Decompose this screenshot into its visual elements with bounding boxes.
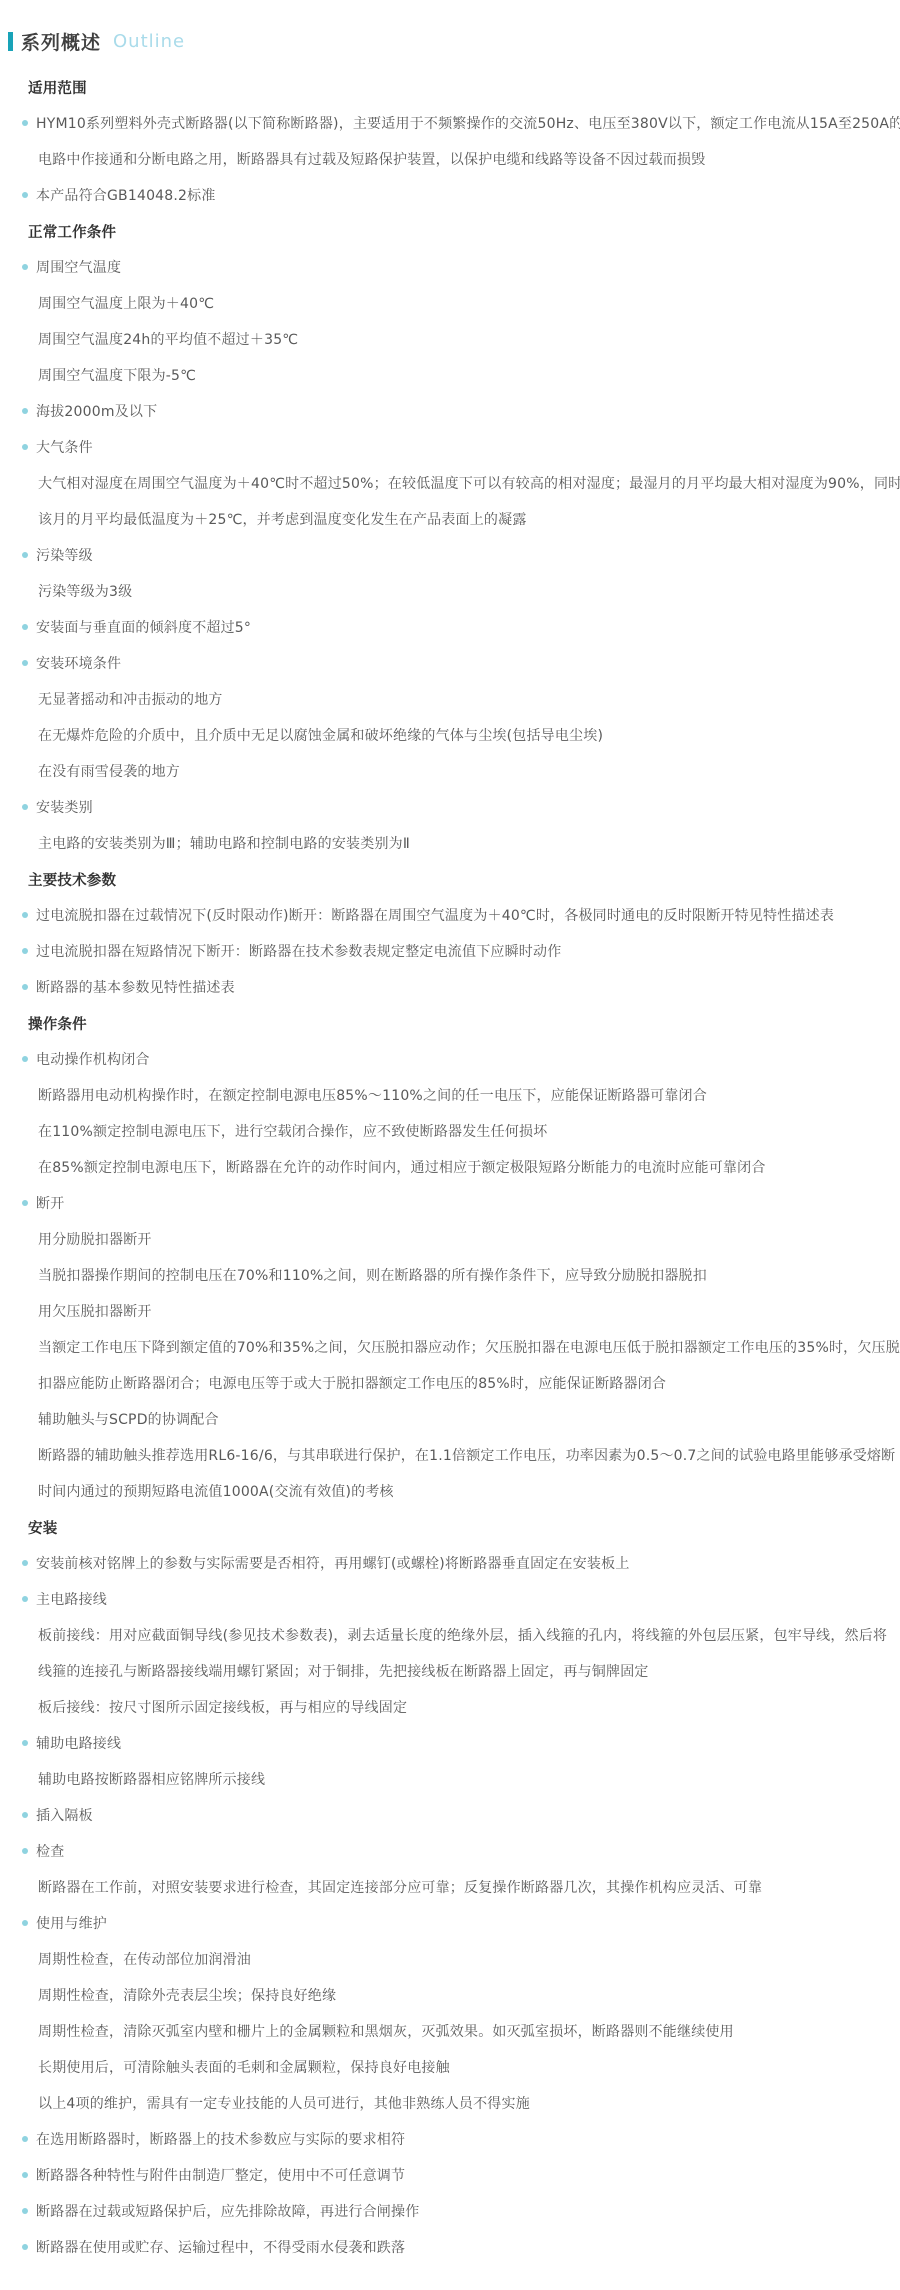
bullet-dot-icon [22, 444, 28, 450]
line-text: 污染等级 [36, 545, 93, 565]
bullet-list-item: 过电流脱扣器在短路情况下断开：断路器在技术参数表规定整定电流值下应瞬时动作 [0, 933, 900, 969]
bullet-list-item: 过电流脱扣器在过载情况下(反时限动作)断开：断路器在周围空气温度为＋40℃时，各… [0, 897, 900, 933]
line-text: 周期性检查，清除灭弧室内壁和栅片上的金属颗粒和黑烟灰，灭弧效果。如灭弧室损坏，断… [38, 2021, 734, 2041]
list-item-line: 断路器用电动机构操作时，在额定控制电源电压85%～110%之间的任一电压下，应能… [0, 1077, 900, 1113]
bullet-dot-icon [22, 948, 28, 954]
list-item-line: 扣器应能防止断路器闭合；电源电压等于或大于脱扣器额定工作电压的85%时，应能保证… [0, 1365, 900, 1401]
line-text: 操作条件 [28, 1013, 87, 1034]
bullet-dot-icon [22, 2172, 28, 2178]
bullet-list-item: HYM10系列塑料外壳式断路器(以下简称断路器)，主要适用于不频繁操作的交流50… [0, 105, 900, 141]
line-text: 断路器的辅助触头推荐选用RL6-16/6，与其串联进行保护，在1.1倍额定工作电… [38, 1445, 895, 1465]
list-item-line: 周围空气温度下限为-5℃ [0, 357, 900, 393]
line-text: 扣器应能防止断路器闭合；电源电压等于或大于脱扣器额定工作电压的85%时，应能保证… [38, 1373, 666, 1393]
bullet-list-item: 周围空气温度 [0, 249, 900, 285]
line-text: 该月的月平均最低温度为＋25℃，并考虑到温度变化发生在产品表面上的凝露 [38, 509, 527, 529]
page-title-en: Outline [113, 31, 185, 52]
line-text: 辅助电路接线 [36, 1733, 121, 1753]
list-item-line: 大气相对湿度在周围空气温度为＋40℃时不超过50%；在较低温度下可以有较高的相对… [0, 465, 900, 501]
list-item-line: 板前接线：用对应截面铜导线(参见技术参数表)，剥去适量长度的绝缘外层，插入线箍的… [0, 1617, 900, 1653]
bullet-dot-icon [22, 1560, 28, 1566]
line-text: 插入隔板 [36, 1805, 93, 1825]
line-text: 适用范围 [28, 77, 87, 98]
bullet-list-item: 安装前核对铭牌上的参数与实际需要是否相符，再用螺钉(或螺栓)将断路器垂直固定在安… [0, 1545, 900, 1581]
page-title: 系列概述 [21, 28, 101, 55]
bullet-dot-icon [22, 1848, 28, 1854]
line-text: 断路器各种特性与附件由制造厂整定，使用中不可任意调节 [36, 2165, 405, 2185]
line-text: 过电流脱扣器在过载情况下(反时限动作)断开：断路器在周围空气温度为＋40℃时，各… [36, 905, 834, 925]
line-text: HYM10系列塑料外壳式断路器(以下简称断路器)，主要适用于不频繁操作的交流50… [36, 113, 900, 133]
bullet-list-item: 在选用断路器时，断路器上的技术参数应与实际的要求相符 [0, 2121, 900, 2157]
list-item-line: 辅助电路按断路器相应铭牌所示接线 [0, 1761, 900, 1797]
bullet-list-item: 大气条件 [0, 429, 900, 465]
line-text: 大气相对湿度在周围空气温度为＋40℃时不超过50%；在较低温度下可以有较高的相对… [38, 473, 900, 493]
list-item-line: 线箍的连接孔与断路器接线端用螺钉紧固；对于铜排，先把接线板在断路器上固定，再与铜… [0, 1653, 900, 1689]
line-text: 正常工作条件 [28, 221, 116, 242]
bullet-list-item: 断路器各种特性与附件由制造厂整定，使用中不可任意调节 [0, 2157, 900, 2193]
bullet-list-item: 本产品符合GB14048.2标准 [0, 177, 900, 213]
bullet-list-item: 污染等级 [0, 537, 900, 573]
line-text: 线箍的连接孔与断路器接线端用螺钉紧固；对于铜排，先把接线板在断路器上固定，再与铜… [38, 1661, 649, 1681]
bullet-dot-icon [22, 2244, 28, 2250]
bullet-list-item: 插入隔板 [0, 1797, 900, 1833]
line-text: 断路器的基本参数见特性描述表 [36, 977, 235, 997]
line-text: 断路器用电动机构操作时，在额定控制电源电压85%～110%之间的任一电压下，应能… [38, 1085, 707, 1105]
list-item-line: 长期使用后，可清除触头表面的毛刺和金属颗粒，保持良好电接触 [0, 2049, 900, 2085]
line-text: 周期性检查，清除外壳表层尘埃；保持良好绝缘 [38, 1985, 336, 2005]
line-text: 长期使用后，可清除触头表面的毛刺和金属颗粒，保持良好电接触 [38, 2057, 450, 2077]
list-item-line: 周围空气温度24h的平均值不超过＋35℃ [0, 321, 900, 357]
bullet-list-item: 安装类别 [0, 789, 900, 825]
bullet-list-item: 安装环境条件 [0, 645, 900, 681]
line-text: 在85%额定控制电源电压下，断路器在允许的动作时间内，通过相应于额定极限短路分断… [38, 1157, 766, 1177]
list-item-line: 当脱扣器操作期间的控制电压在70%和110%之间，则在断路器的所有操作条件下，应… [0, 1257, 900, 1293]
list-item-line: 污染等级为3级 [0, 573, 900, 609]
bullet-dot-icon [22, 1812, 28, 1818]
bullet-dot-icon [22, 1740, 28, 1746]
line-text: 周围空气温度 [36, 257, 121, 277]
line-text: 断开 [36, 1193, 64, 1213]
list-item-line: 在85%额定控制电源电压下，断路器在允许的动作时间内，通过相应于额定极限短路分断… [0, 1149, 900, 1185]
line-text: 周围空气温度下限为-5℃ [38, 365, 196, 385]
line-text: 在没有雨雪侵袭的地方 [38, 761, 180, 781]
line-text: 辅助电路按断路器相应铭牌所示接线 [38, 1769, 265, 1789]
list-item-line: 在没有雨雪侵袭的地方 [0, 753, 900, 789]
bullet-list-item: 断路器在过载或短路保护后，应先排除故障，再进行合闸操作 [0, 2193, 900, 2229]
list-item-line: 主电路的安装类别为Ⅲ；辅助电路和控制电路的安装类别为Ⅱ [0, 825, 900, 861]
line-text: 当额定工作电压下降到额定值的70%和35%之间，欠压脱扣器应动作；欠压脱扣器在电… [38, 1337, 900, 1357]
line-text: 过电流脱扣器在短路情况下断开：断路器在技术参数表规定整定电流值下应瞬时动作 [36, 941, 561, 961]
list-item-line: 周期性检查，清除外壳表层尘埃；保持良好绝缘 [0, 1977, 900, 2013]
bullet-dot-icon [22, 2208, 28, 2214]
line-text: 辅助触头与SCPD的协调配合 [38, 1409, 219, 1429]
line-text: 用欠压脱扣器断开 [38, 1301, 152, 1321]
bullet-list-item: 使用与维护 [0, 1905, 900, 1941]
bullet-dot-icon [22, 408, 28, 414]
accent-bar-icon [8, 32, 13, 51]
line-text: 电动操作机构闭合 [36, 1049, 150, 1069]
list-item-line: 以上4项的维护，需具有一定专业技能的人员可进行，其他非熟练人员不得实施 [0, 2085, 900, 2121]
line-text: 周围空气温度上限为＋40℃ [38, 293, 214, 313]
line-text: 周期性检查，在传动部位加润滑油 [38, 1949, 251, 1969]
bullet-dot-icon [22, 192, 28, 198]
bullet-list-item: 海拔2000m及以下 [0, 393, 900, 429]
bullet-dot-icon [22, 2136, 28, 2142]
line-text: 在选用断路器时，断路器上的技术参数应与实际的要求相符 [36, 2129, 405, 2149]
line-text: 安装面与垂直面的倾斜度不超过5° [36, 617, 251, 637]
list-item-line: 辅助触头与SCPD的协调配合 [0, 1401, 900, 1437]
bullet-dot-icon [22, 1200, 28, 1206]
bullet-dot-icon [22, 660, 28, 666]
list-item-line: 用欠压脱扣器断开 [0, 1293, 900, 1329]
line-text: 安装环境条件 [36, 653, 121, 673]
line-text: 安装前核对铭牌上的参数与实际需要是否相符，再用螺钉(或螺栓)将断路器垂直固定在安… [36, 1553, 630, 1573]
list-item-line: 断路器在工作前，对照安装要求进行检查，其固定连接部分应可靠；反复操作断路器几次，… [0, 1869, 900, 1905]
bullet-dot-icon [22, 120, 28, 126]
line-text: 断路器在过载或短路保护后，应先排除故障，再进行合闸操作 [36, 2201, 419, 2221]
bullet-dot-icon [22, 1920, 28, 1926]
bullet-list-item: 电动操作机构闭合 [0, 1041, 900, 1077]
list-item-line: 周期性检查，在传动部位加润滑油 [0, 1941, 900, 1977]
section-heading: 安装 [0, 1509, 900, 1545]
section-heading: 操作条件 [0, 1005, 900, 1041]
line-text: 断路器在工作前，对照安装要求进行检查，其固定连接部分应可靠；反复操作断路器几次，… [38, 1877, 762, 1897]
list-item-line: 无显著摇动和冲击振动的地方 [0, 681, 900, 717]
list-item-line: 在110%额定控制电源电压下，进行空载闭合操作，应不致使断路器发生任何损坏 [0, 1113, 900, 1149]
bullet-dot-icon [22, 264, 28, 270]
bullet-list-item: 检查 [0, 1833, 900, 1869]
bullet-dot-icon [22, 984, 28, 990]
page-header: 系列概述 Outline [0, 0, 900, 56]
section-heading: 正常工作条件 [0, 213, 900, 249]
bullet-list-item: 辅助电路接线 [0, 1725, 900, 1761]
line-text: 主要技术参数 [28, 869, 116, 890]
line-text: 大气条件 [36, 437, 93, 457]
line-text: 污染等级为3级 [38, 581, 132, 601]
list-item-line: 周围空气温度上限为＋40℃ [0, 285, 900, 321]
list-item-line: 周期性检查，清除灭弧室内壁和栅片上的金属颗粒和黑烟灰，灭弧效果。如灭弧室损坏，断… [0, 2013, 900, 2049]
list-item-line: 用分励脱扣器断开 [0, 1221, 900, 1257]
line-text: 在无爆炸危险的介质中，且介质中无足以腐蚀金属和破坏绝缘的气体与尘埃(包括导电尘埃… [38, 725, 603, 745]
line-text: 时间内通过的预期短路电流值1000A(交流有效值)的考核 [38, 1481, 394, 1501]
line-text: 检查 [36, 1841, 64, 1861]
line-text: 本产品符合GB14048.2标准 [36, 185, 216, 205]
line-text: 用分励脱扣器断开 [38, 1229, 152, 1249]
list-item-line: 当额定工作电压下降到额定值的70%和35%之间，欠压脱扣器应动作；欠压脱扣器在电… [0, 1329, 900, 1365]
line-text: 使用与维护 [36, 1913, 107, 1933]
bullet-list-item: 安装面与垂直面的倾斜度不超过5° [0, 609, 900, 645]
line-text: 海拔2000m及以下 [36, 401, 157, 421]
section-heading: 适用范围 [0, 69, 900, 105]
list-item-line: 时间内通过的预期短路电流值1000A(交流有效值)的考核 [0, 1473, 900, 1509]
line-text: 主电路的安装类别为Ⅲ；辅助电路和控制电路的安装类别为Ⅱ [38, 833, 410, 853]
line-text: 安装类别 [36, 797, 93, 817]
bullet-dot-icon [22, 1596, 28, 1602]
section-heading: 主要技术参数 [0, 861, 900, 897]
line-text: 板前接线：用对应截面铜导线(参见技术参数表)，剥去适量长度的绝缘外层，插入线箍的… [38, 1625, 887, 1645]
bullet-list-item: 断路器的基本参数见特性描述表 [0, 969, 900, 1005]
line-text: 当脱扣器操作期间的控制电压在70%和110%之间，则在断路器的所有操作条件下，应… [38, 1265, 707, 1285]
bullet-list-item: 断开 [0, 1185, 900, 1221]
line-text: 电路中作接通和分断电路之用，断路器具有过载及短路保护装置，以保护电缆和线路等设备… [38, 149, 705, 169]
bullet-list-item: 主电路接线 [0, 1581, 900, 1617]
bullet-dot-icon [22, 1056, 28, 1062]
list-item-line: 电路中作接通和分断电路之用，断路器具有过载及短路保护装置，以保护电缆和线路等设备… [0, 141, 900, 177]
line-text: 板后接线：按尺寸图所示固定接线板，再与相应的导线固定 [38, 1697, 407, 1717]
bullet-dot-icon [22, 552, 28, 558]
bullet-dot-icon [22, 804, 28, 810]
list-item-line: 板后接线：按尺寸图所示固定接线板，再与相应的导线固定 [0, 1689, 900, 1725]
line-text: 以上4项的维护，需具有一定专业技能的人员可进行，其他非熟练人员不得实施 [38, 2093, 530, 2113]
list-item-line: 在无爆炸危险的介质中，且介质中无足以腐蚀金属和破坏绝缘的气体与尘埃(包括导电尘埃… [0, 717, 900, 753]
line-text: 主电路接线 [36, 1589, 107, 1609]
bullet-dot-icon [22, 624, 28, 630]
document-page: 系列概述 Outline 适用范围HYM10系列塑料外壳式断路器(以下简称断路器… [0, 0, 900, 2290]
line-text: 断路器在使用或贮存、运输过程中，不得受雨水侵袭和跌落 [36, 2237, 405, 2257]
line-text: 周围空气温度24h的平均值不超过＋35℃ [38, 329, 298, 349]
line-text: 在110%额定控制电源电压下，进行空载闭合操作，应不致使断路器发生任何损坏 [38, 1121, 547, 1141]
content-list: 适用范围HYM10系列塑料外壳式断路器(以下简称断路器)，主要适用于不频繁操作的… [0, 56, 900, 2265]
list-item-line: 该月的月平均最低温度为＋25℃，并考虑到温度变化发生在产品表面上的凝露 [0, 501, 900, 537]
line-text: 无显著摇动和冲击振动的地方 [38, 689, 223, 709]
bullet-dot-icon [22, 912, 28, 918]
line-text: 安装 [28, 1517, 57, 1538]
list-item-line: 断路器的辅助触头推荐选用RL6-16/6，与其串联进行保护，在1.1倍额定工作电… [0, 1437, 900, 1473]
bullet-list-item: 断路器在使用或贮存、运输过程中，不得受雨水侵袭和跌落 [0, 2229, 900, 2265]
